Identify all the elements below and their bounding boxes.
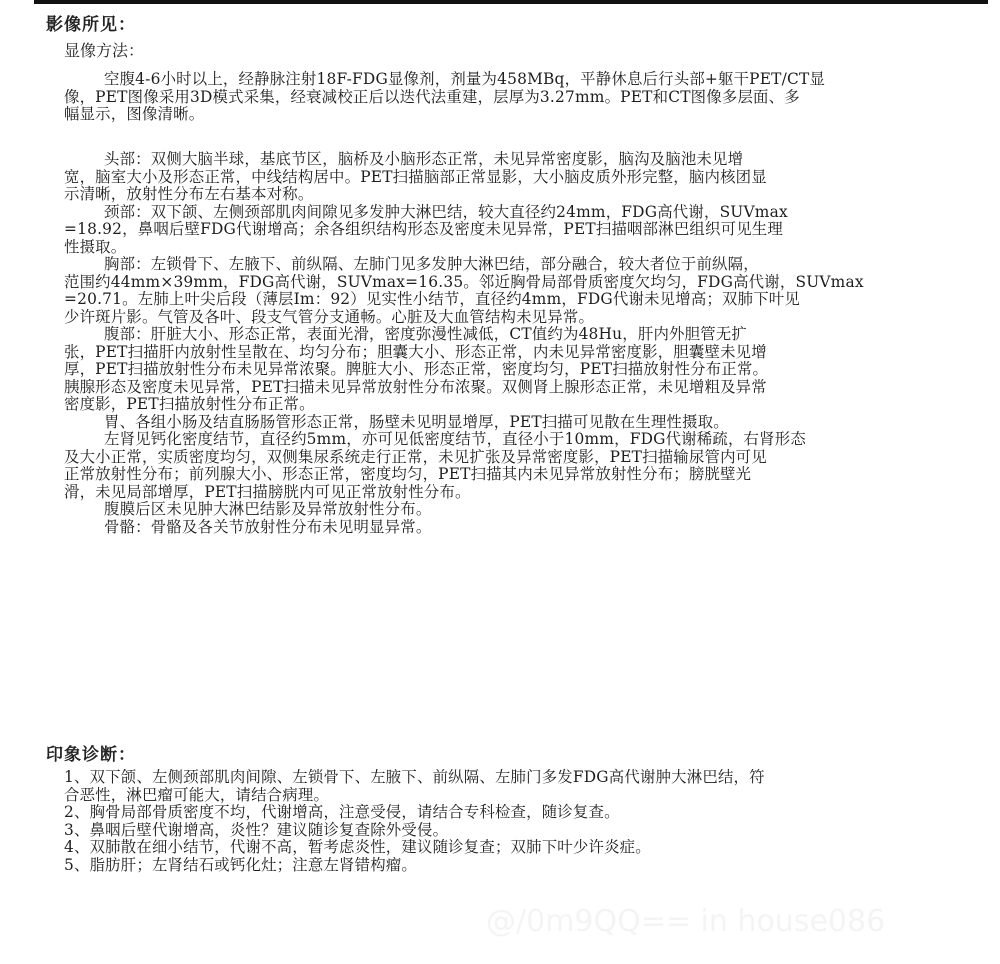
findings-line: 范围约44mm×39mm，FDG高代谢，SUVmax=16.35。邻近胸骨局部骨…: [64, 274, 954, 292]
findings-line: 张，PET扫描肝内放射性呈散在、均匀分布；胆囊大小、形态正常，内未见异常密度影，…: [64, 344, 954, 362]
findings-line: 胰腺形态及密度未见异常，PET扫描未见异常放射性分布浓聚。双侧肾上腺形态正常，未…: [64, 379, 954, 397]
impression-line: 1、双下颌、左侧颈部肌肉间隙、左锁骨下、左腋下、前纵隔、左肺门多发FDG高代谢肿…: [64, 769, 964, 787]
findings-line: 腹部：肝脏大小、形态正常，表面光滑，密度弥漫性减低，CT值约为48Hu，肝内外胆…: [64, 326, 954, 344]
findings-line: 腹膜后区未见肿大淋巴结影及异常放射性分布。: [64, 501, 954, 519]
findings-line: 颈部：双下颌、左侧颈部肌肉间隙见多发肿大淋巴结，较大直径约24mm，FDG高代谢…: [64, 204, 954, 222]
impression-line: 合恶性，淋巴瘤可能大，请结合病理。: [64, 787, 964, 805]
findings-heading: 影像所见：: [46, 10, 136, 35]
findings-line: 及大小正常，实质密度均匀，双侧集尿系统走行正常，未见扩张及异常密度影，PET扫描…: [64, 449, 954, 467]
findings-line: 头部：双侧大脑半球，基底节区，脑桥及小脑形态正常，未见异常密度影，脑沟及脑池未见…: [64, 151, 954, 169]
method-line: 幅显示，图像清晰。: [64, 106, 954, 124]
impression-list: 1、双下颌、左侧颈部肌肉间隙、左锁骨下、左腋下、前纵隔、左肺门多发FDG高代谢肿…: [64, 769, 964, 874]
method-line: 像，PET图像采用3D模式采集，经衰减校正后以迭代法重建，层厚为3.27mm。P…: [64, 89, 954, 107]
findings-body: 头部：双侧大脑半球，基底节区，脑桥及小脑形态正常，未见异常密度影，脑沟及脑池未见…: [64, 151, 954, 536]
findings-line: 性摄取。: [64, 239, 954, 257]
findings-line: 正常放射性分布；前列腺大小、形态正常，密度均匀，PET扫描其内未见异常放射性分布…: [64, 466, 954, 484]
findings-line: 厚，PET扫描放射性分布未见异常浓聚。脾脏大小、形态正常，密度均匀，PET扫描放…: [64, 361, 954, 379]
method-label: 显像方法：: [64, 38, 144, 61]
impression-line: 4、双肺散在细小结节，代谢不高，暂考虑炎性，建议随诊复查；双肺下叶少许炎症。: [64, 839, 964, 857]
watermark: @/0m9QQ== in house086: [486, 904, 885, 939]
findings-line: 示清晰，放射性分布左右基本对称。: [64, 186, 954, 204]
impression-line: 2、胸骨局部骨质密度不均，代谢增高，注意受侵，请结合专科检查，随诊复查。: [64, 804, 964, 822]
method-paragraph: 空腹4-6小时以上，经静脉注射18F-FDG显像剂，剂量为458MBq，平静休息…: [64, 71, 954, 124]
impression-line: 3、鼻咽后壁代谢增高，炎性？建议随诊复查除外受侵。: [64, 822, 964, 840]
top-border-rule: [34, 0, 988, 4]
findings-line: 密度影，PET扫描放射性分布正常。: [64, 396, 954, 414]
impression-line: 5、脂肪肝；左肾结石或钙化灶；注意左肾错构瘤。: [64, 857, 964, 875]
findings-line: =18.92，鼻咽后壁FDG代谢增高；余各组织结构形态及密度未见异常，PET扫描…: [64, 221, 954, 239]
findings-line: 宽，脑室大小及形态正常，中线结构居中。PET扫描脑部正常显影，大小脑皮质外形完整…: [64, 169, 954, 187]
findings-line: 胃、各组小肠及结直肠肠管形态正常，肠壁未见明显增厚，PET扫描可见散在生理性摄取…: [64, 414, 954, 432]
findings-line: 少许斑片影。气管及各叶、段支气管分支通畅。心脏及大血管结构未见异常。: [64, 309, 954, 327]
findings-line: 左肾见钙化密度结节，直径约5mm，亦可见低密度结节，直径小于10mm，FDG代谢…: [64, 431, 954, 449]
findings-line: =20.71。左肺上叶尖后段（薄层Im：92）见实性小结节，直径约4mm，FDG…: [64, 291, 954, 309]
impression-heading: 印象诊断：: [46, 740, 136, 765]
method-line: 空腹4-6小时以上，经静脉注射18F-FDG显像剂，剂量为458MBq，平静休息…: [64, 71, 954, 89]
findings-line: 骨骼：骨骼及各关节放射性分布未见明显异常。: [64, 519, 954, 537]
findings-line: 胸部：左锁骨下、左腋下、前纵隔、左肺门见多发肿大淋巴结，部分融合，较大者位于前纵…: [64, 256, 954, 274]
findings-line: 滑，未见局部增厚，PET扫描膀胱内可见正常放射性分布。: [64, 484, 954, 502]
